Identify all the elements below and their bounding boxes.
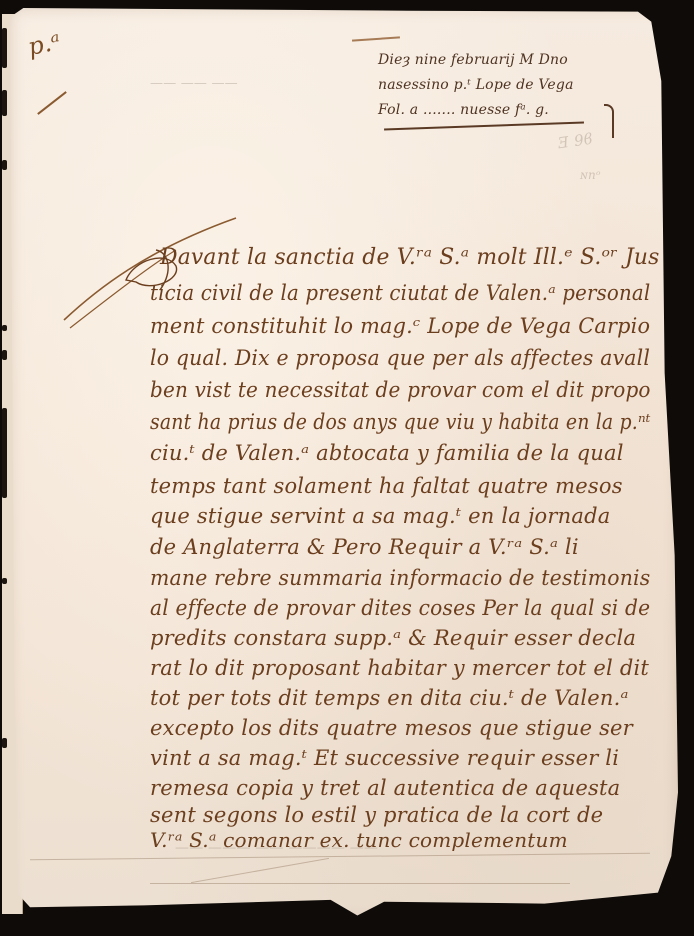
- body-line-7: ciu.ᵗ de Valen.ᵃ abtocata y familia de l…: [150, 443, 624, 464]
- body-line-5: ben vist te necessitat de provar com el …: [150, 380, 651, 401]
- body-line-12: al effecte de provar dites coses Per la …: [150, 598, 650, 619]
- body-line-17: vint a sa mag.ᵗ Et successive requir ess…: [150, 748, 619, 769]
- body-line-9: que stigue servint a sa mag.ᵗ en la jorn…: [150, 506, 610, 527]
- body-line-15: tot per tots dit temps en dita ciu.ᵗ de …: [150, 688, 629, 709]
- body-line-4: lo qual. Dix e proposa que per als affec…: [150, 348, 650, 369]
- bleed-through-text-top: —— —— ——: [150, 76, 238, 91]
- body-line-3: ment constituhit lo mag.ᶜ Lope de Vega C…: [150, 316, 650, 337]
- body-line-11: mane rebre summaria informacio de testim…: [150, 568, 650, 589]
- body-line-16: excepto los dits quatre mesos que stigue…: [150, 718, 633, 739]
- body-line-13: predits constara supp.ᵃ & Requir esser d…: [150, 628, 636, 649]
- body-line-6: sant ha prius de dos anys que viu y habi…: [150, 412, 651, 433]
- docket-line-3: Fol. a ....... nuesse fᵃ. g.: [378, 102, 549, 118]
- body-line-18: remesa copia y tret al autentica de aque…: [150, 778, 620, 799]
- bleed-through-text-bottom: —— ——— —— ———— ——: [175, 840, 378, 856]
- body-line-8: temps tant solament ha faltat quatre mes…: [150, 476, 623, 497]
- docket-line-2: nasessino p.ᵗ Lope de Vega: [378, 77, 574, 93]
- docket-line-1: Dieȝ nine februarij M Dno: [378, 52, 568, 68]
- body-line-2: ticia civil de la present ciutat de Vale…: [150, 283, 650, 304]
- body-line-10: de Anglaterra & Pero Requir a V.ʳᵃ S.ᵃ l…: [150, 537, 579, 558]
- body-line-19: sent segons lo estil y pratica de la cor…: [150, 805, 603, 826]
- docket-flourish: [604, 104, 614, 138]
- archive-subnote: ɴnᵒ: [580, 168, 601, 182]
- paper-fold-crease: [150, 883, 570, 884]
- paper-fold-crease: [191, 858, 329, 883]
- body-line-14: rat lo dit proposant habitar y mercer to…: [150, 658, 649, 679]
- body-line-1: Davant la sanctia de V.ʳᵃ S.ᵃ molt Ill.ᵉ…: [160, 247, 660, 269]
